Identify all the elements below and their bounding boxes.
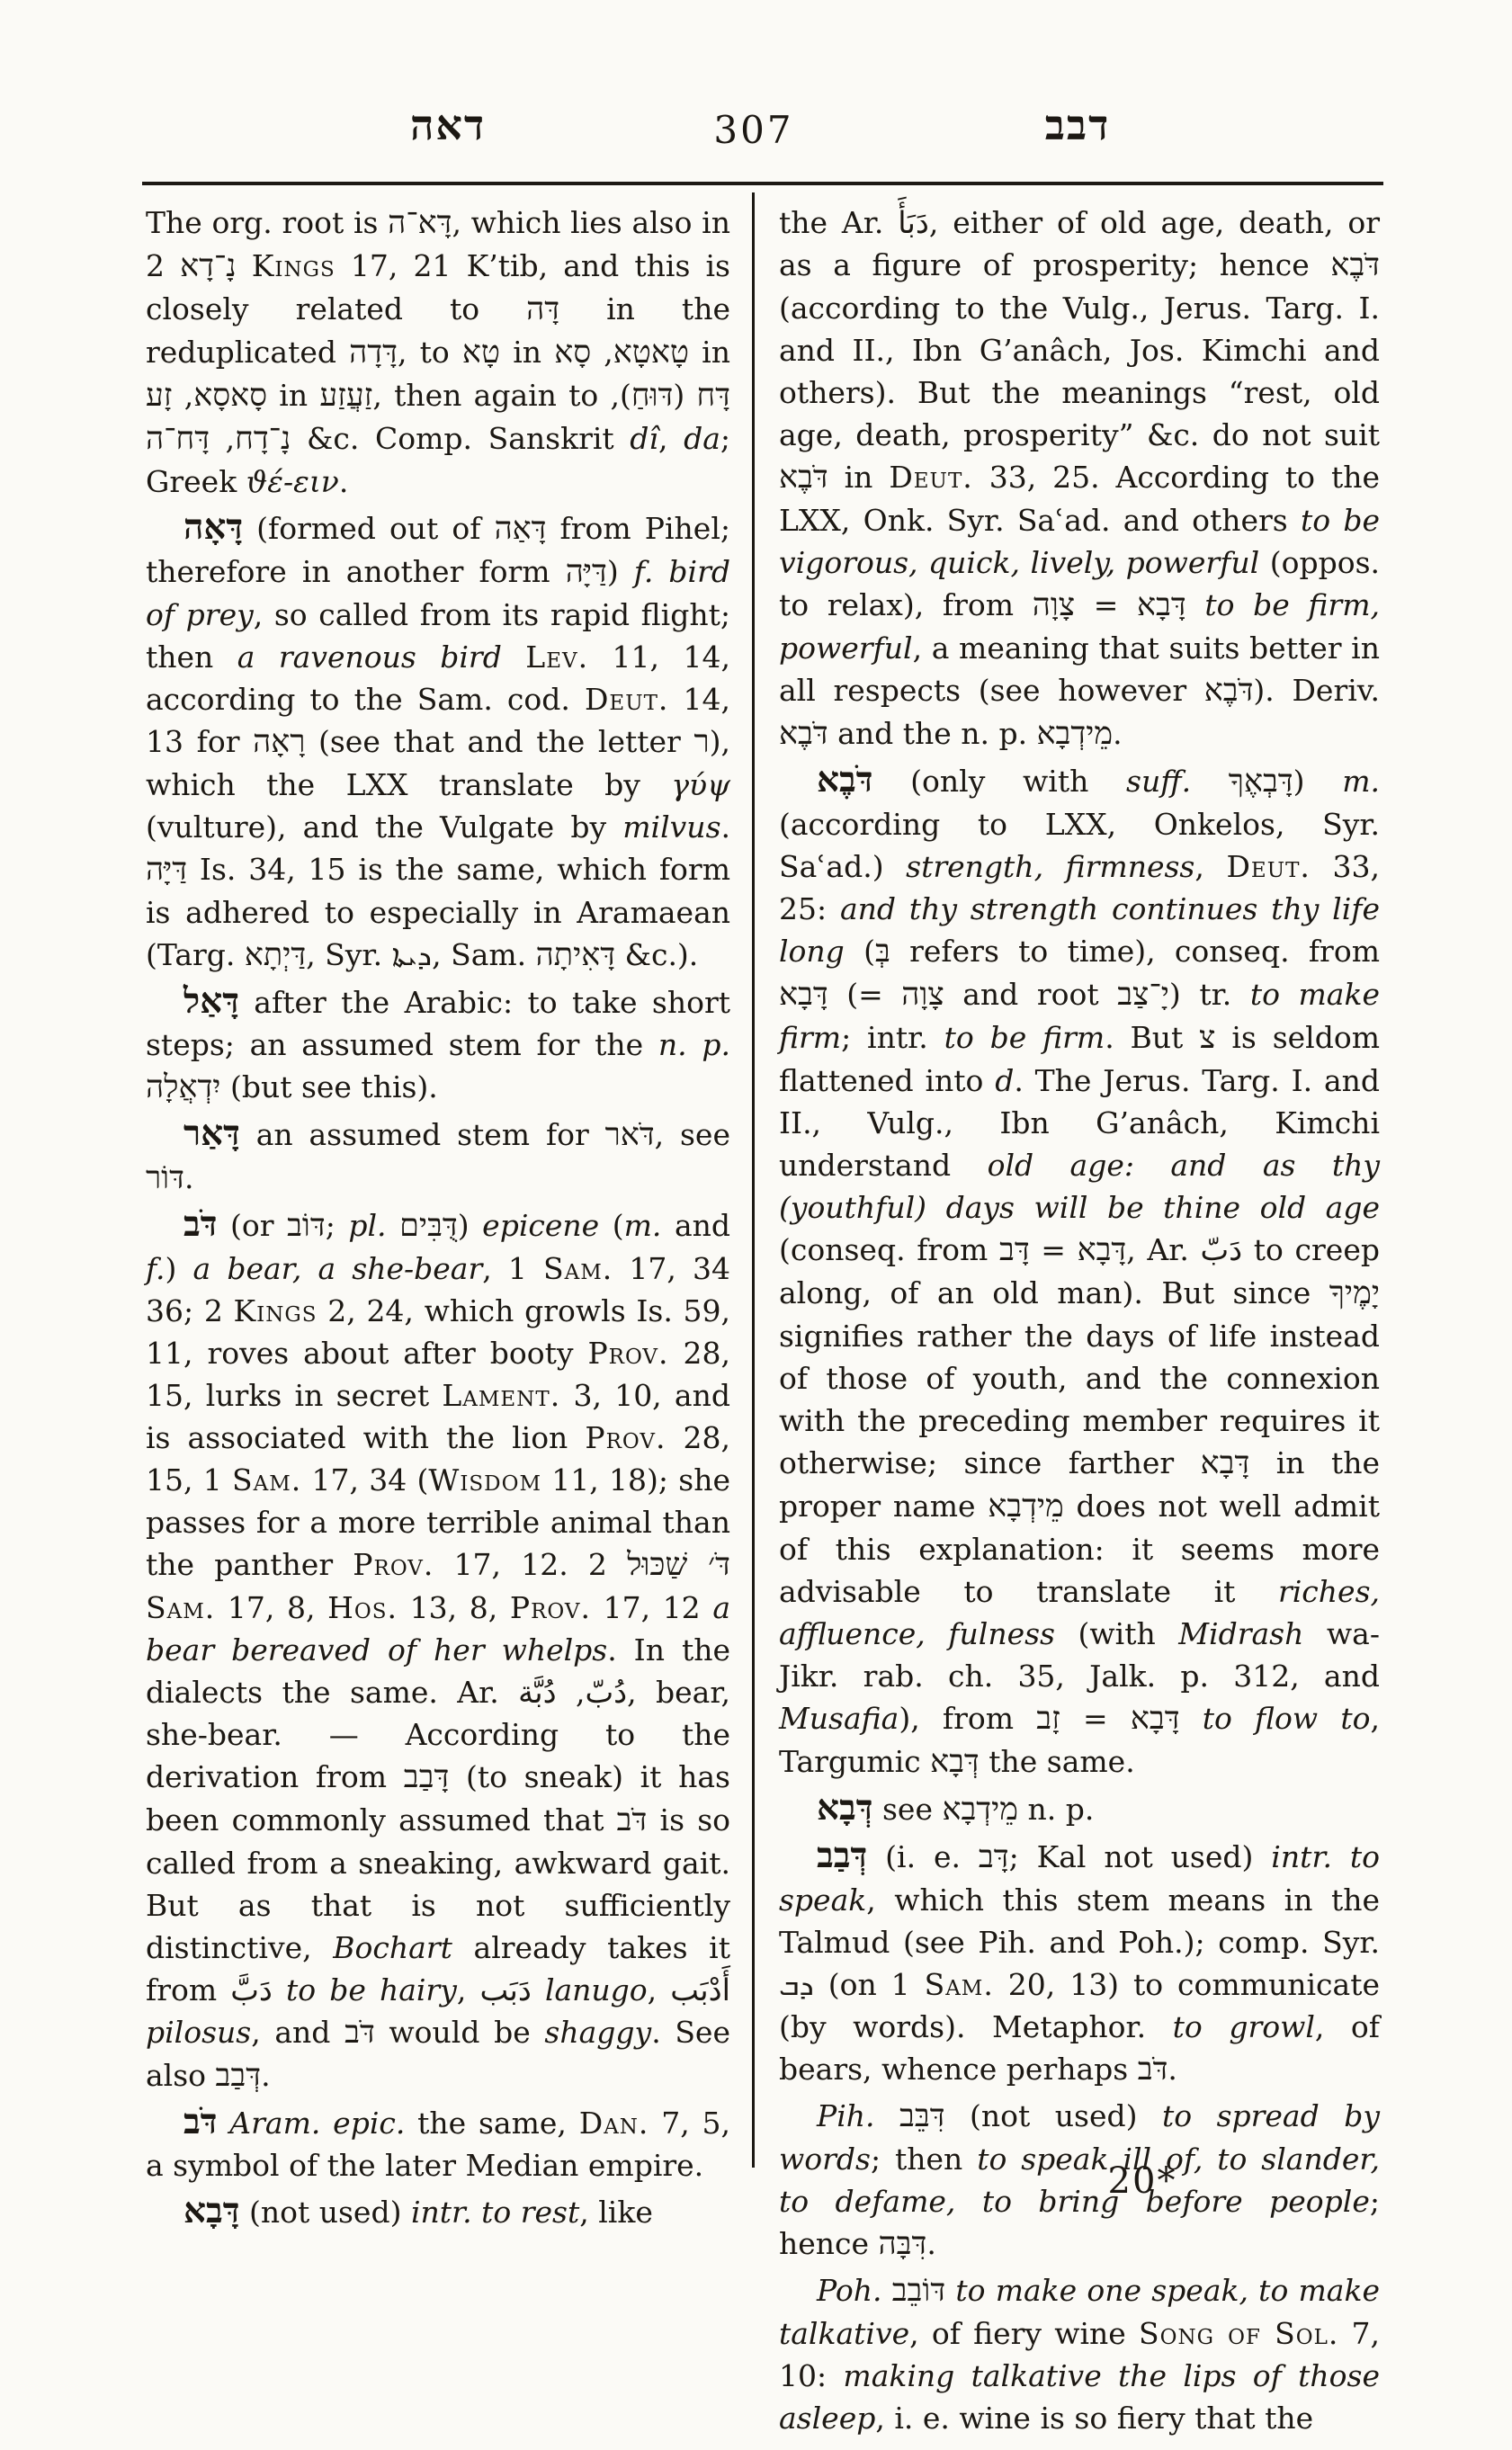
text-run: דָּבָא [1201, 1445, 1250, 1481]
entry-daar: דָּאַר an assumed stem for דֹּאר, see דּ… [146, 1113, 730, 1200]
text-run: Hos. [327, 1590, 398, 1625]
text-run: 17, 34 ( [301, 1462, 428, 1498]
text-run: דִּבֵּב [899, 2098, 945, 2134]
text-run: (conseq. from [779, 1232, 999, 1267]
text-run: נָ־דָח [235, 421, 291, 457]
text-run: דּוּחַ [631, 378, 673, 414]
text-run: , Syr. [306, 937, 391, 972]
text-run: دَبّ [1200, 1232, 1242, 1267]
text-run: pl. [348, 1208, 386, 1243]
text-run [273, 1972, 286, 2007]
text-run: Deut. [585, 682, 668, 717]
text-run: lanugo [545, 1972, 648, 2007]
text-run: , like [579, 2195, 653, 2230]
text-run: to be hairy [286, 1972, 457, 2007]
text-run: m. [1342, 764, 1380, 799]
text-run: . [1113, 716, 1123, 751]
text-run: , [591, 335, 613, 370]
text-run: Sam. [232, 1462, 301, 1498]
text-run: דֹּב [617, 1802, 648, 1838]
entry-dove-strength: דֹּבֶא (only with suff. דָּבְאֶךָ) m. (a… [779, 759, 1380, 1784]
text-run: דֹּב [344, 2015, 375, 2051]
text-run: ܕܝܬܐ [392, 937, 433, 972]
text-run: , Ar. [1126, 1232, 1200, 1267]
running-head-right-keyword: דבב [979, 101, 1176, 149]
text-run: refers to time), conseq. from [890, 934, 1380, 969]
text-run: da [684, 421, 720, 456]
text-run: Deut. [889, 460, 972, 495]
text-run: dî [630, 421, 658, 456]
text-run: m. [624, 1208, 662, 1243]
text-run: דֹּבֶא [1204, 673, 1254, 709]
text-run: דָּאַה [495, 511, 547, 547]
text-run: (on 1 [814, 1967, 925, 2002]
text-run: (not used) [945, 2098, 1162, 2133]
text-run: , see [655, 1117, 730, 1152]
text-run: Musafia [779, 1701, 899, 1736]
text-run [1180, 1701, 1203, 1736]
text-run: דָּבָא [1137, 587, 1186, 623]
text-run: in [689, 335, 730, 370]
text-run: דָּבָא [1131, 1701, 1180, 1737]
text-run: to flow to [1203, 1701, 1371, 1736]
text-run: pilosus [146, 2015, 251, 2050]
text-run: דָּבְאֶךָ [1229, 764, 1293, 800]
text-run: , of fiery wine [909, 2316, 1139, 2351]
pohel-paragraph: Poh. דּוֹבֵב to make one speak, to make … [779, 2269, 1380, 2439]
text-run: , 1 [482, 1251, 543, 1286]
text-run: (vulture), and the Vulgate by [146, 809, 622, 845]
text-run: a ravenous bird [237, 639, 502, 675]
book-page: דאה 307 דבב The org. root is דָּא־ה, whi… [0, 0, 1512, 2450]
text-run: ( [599, 1208, 623, 1243]
text-run: דָּב [979, 1839, 1009, 1875]
text-run: d [995, 1063, 1014, 1098]
text-run: דּוֹב [287, 1208, 326, 1244]
text-run: . [926, 2226, 936, 2261]
text-run: Kings [252, 248, 336, 283]
signature-mark: 20* [1034, 2160, 1250, 2202]
text-run: the same, [405, 2106, 578, 2141]
text-run: Kings [234, 1293, 318, 1328]
text-run [502, 639, 525, 675]
text-run: Bochart [333, 1930, 452, 1965]
text-run: ) tr. [1169, 977, 1250, 1012]
text-run: מֵידְבָא [1037, 716, 1114, 752]
text-run: (not used) [239, 2195, 410, 2230]
text-run: , [557, 1675, 586, 1710]
text-run: , [1194, 849, 1226, 884]
entry-headword: דְּבָא [817, 1787, 872, 1829]
text-run: , i. e. wine is so fiery that the [875, 2401, 1313, 2436]
text-run: זַעֲזַע [319, 378, 372, 414]
text-run: 17, 12. [434, 1547, 588, 1582]
text-run: (formed out of [243, 511, 494, 546]
text-run: צָוָה [901, 977, 944, 1013]
entry-dava-start: דָּבָא (not used) intr. to rest, like [146, 2190, 730, 2233]
text-run: Pih. [817, 2098, 875, 2133]
text-run: רָאָה [253, 724, 305, 760]
text-run: 17, 12 [591, 1590, 712, 1625]
text-run: , which this stem means in the Talmud (s… [779, 1882, 1380, 1960]
text-run: (only with [872, 764, 1126, 799]
text-run: צָוָה [1033, 587, 1075, 623]
text-run: n. p. [1018, 1792, 1094, 1827]
text-run: צ [1199, 1020, 1215, 1056]
text-run: מֵידְבָא [988, 1489, 1064, 1525]
text-run: דָּבָא [1078, 1232, 1127, 1268]
text-run [875, 2098, 899, 2133]
text-run: أَدْبَب [670, 1972, 730, 2007]
text-run: an assumed stem for [240, 1117, 605, 1152]
text-run: דֻּבִּים [399, 1208, 458, 1244]
text-run: ( [845, 934, 875, 969]
text-run: and the n. p. [828, 716, 1037, 751]
text-run: = [1060, 1701, 1131, 1736]
text-run: מֵידְבָא [942, 1792, 1018, 1828]
text-run: ; [326, 1208, 349, 1243]
text-run: דְּבָא [930, 1744, 980, 1780]
text-run: (with [1055, 1616, 1178, 1651]
text-run [217, 2106, 229, 2141]
text-run: דּוֹבֵב [892, 2273, 945, 2309]
entry-headword: דָּבָא [183, 2190, 239, 2231]
page-number: 307 [664, 108, 844, 152]
text-run: strength, firmness [906, 849, 1194, 884]
text-run: Poh. [817, 2273, 881, 2308]
text-run: , [173, 378, 194, 413]
entry-daah-noun: דָּאָה (formed out of דָּאַה from Pihel;… [146, 506, 730, 977]
text-run: Sam. [146, 1590, 215, 1625]
text-run: the same. [980, 1744, 1135, 1779]
text-run [1186, 587, 1205, 622]
text-run: in [500, 335, 554, 370]
text-run: בְּ [875, 934, 890, 970]
text-run [881, 2273, 891, 2308]
text-run: Lament. [442, 1378, 560, 1413]
text-run: , [457, 1972, 480, 2007]
entry-headword: דֹּבֶא [817, 759, 872, 800]
text-run: טָאטָא [613, 335, 689, 371]
text-run: in [267, 378, 319, 413]
text-run: . But [1105, 1020, 1199, 1055]
text-run: دَبَأَ [898, 205, 929, 240]
right-column: the Ar. دَبَأَ, either of old age, death… [779, 201, 1380, 2439]
entry-daal: דָּאַל after the Arabic: to take short s… [146, 980, 730, 1109]
text-run: f. [146, 1251, 166, 1286]
entry-devav: דְּבַב (i. e. דָּב; Kal not used) intr. … [779, 1835, 1380, 2091]
text-run: דֹּ׳ שַׁכּוּל [627, 1547, 730, 1583]
header-rule [142, 182, 1383, 185]
text-run: 13, 8, [398, 1590, 510, 1625]
text-run: דָּח־ה [146, 421, 210, 457]
text-run: ܕܒ [779, 1967, 814, 2002]
text-run: Song of Sol. [1139, 2316, 1338, 2351]
text-run [1191, 764, 1229, 799]
text-run: γύψ [671, 767, 730, 802]
text-run: ) [1293, 764, 1343, 799]
text-run: shaggy [544, 2015, 651, 2050]
entry-headword: דֹּב [183, 1203, 217, 1245]
text-run: and root [944, 977, 1118, 1012]
text-run: دُبّ [585, 1675, 627, 1710]
text-run: דִּבָּה [879, 2226, 927, 2262]
text-run: Wisdom [428, 1462, 541, 1498]
text-run: &c. Comp. Sanskrit [291, 421, 630, 456]
text-run: , which lies also in [452, 205, 730, 240]
text-run: to growl [1173, 2009, 1315, 2044]
entry-headword: דֹּב [183, 2101, 217, 2142]
text-run: in [828, 460, 890, 495]
text-run: Deut. [1226, 849, 1310, 884]
text-run: Midrash [1178, 1616, 1303, 1651]
text-run: ), from [899, 1701, 1036, 1736]
text-run: דֹּבֶא [1330, 247, 1380, 283]
text-run: ; then [871, 2142, 977, 2177]
text-run: , [648, 1972, 671, 2007]
text-run: . [261, 2058, 271, 2093]
text-run: ). Deriv. [1253, 673, 1380, 708]
text-run: דְּבַב [216, 2058, 262, 2094]
text-run: the Ar. [779, 205, 898, 240]
text-run: milvus [622, 809, 720, 845]
text-run: נָ־דָא [180, 248, 237, 284]
text-run: Prov. [510, 1590, 591, 1625]
text-run: דֹּב [1138, 2052, 1168, 2088]
entry-headword: דָּאַל [183, 980, 239, 1022]
entry-deva-see: דְּבָא see מֵידְבָא n. p. [779, 1787, 1380, 1831]
running-head-left-keyword: דאה [349, 101, 547, 149]
text-run: suff. [1126, 764, 1191, 799]
text-run: דַּיָּה [566, 554, 607, 590]
text-run: would be [375, 2015, 545, 2050]
text-run: דֹּאר [605, 1117, 655, 1153]
text-run: 17, 8, [215, 1590, 327, 1625]
text-run: דָּבַב [404, 1759, 450, 1795]
text-run: &c.). [615, 937, 698, 972]
text-run: ר [693, 724, 709, 760]
text-run: דָּאִיתָה [536, 937, 615, 973]
continuation-dava: the Ar. دَبَأَ, either of old age, death… [779, 201, 1380, 756]
text-run: Aram. epic. [229, 2106, 405, 2141]
text-run: Lev. [525, 639, 588, 675]
text-run: , [658, 421, 684, 456]
text-run [387, 1208, 400, 1243]
text-run: . [721, 809, 731, 845]
text-run: סָאסָא [193, 378, 267, 414]
text-run: دُبَّة [518, 1675, 556, 1710]
text-run: (= [828, 977, 902, 1012]
text-run [532, 1972, 545, 2007]
text-run: יִדְאֲלָה [146, 1069, 220, 1105]
text-run: and [661, 1208, 730, 1243]
text-run: Prov. [587, 1336, 668, 1371]
text-run: , then again to [372, 378, 610, 413]
text-run: ), [611, 378, 631, 413]
text-run: . [184, 1160, 194, 1195]
text-run: The org. root is [146, 205, 388, 240]
text-run: دَبَّ [230, 1972, 273, 2007]
text-run: see [872, 1792, 942, 1827]
text-run: = [1075, 587, 1137, 622]
entry-headword: דְּבַב [817, 1835, 867, 1876]
entry-dob-aram: דֹּב Aram. epic. the same, Dan. 7, 5, a … [146, 2101, 730, 2186]
text-run: טָא [462, 335, 500, 371]
text-run: Prov. [353, 1547, 434, 1582]
text-run: דּוֹר [146, 1160, 184, 1196]
text-run: ) [607, 554, 634, 589]
column-divider-rule [752, 192, 755, 2168]
text-run: Prov. [585, 1420, 666, 1455]
text-run: דֹּבֶא [779, 460, 828, 496]
text-run: (according to the Vulg., Jerus. Targ. I.… [779, 291, 1380, 452]
text-run: זָב [1036, 1701, 1060, 1737]
text-run: דָּב [999, 1232, 1030, 1268]
entry-headword: דָּאַר [183, 1113, 240, 1154]
text-run: סָא [554, 335, 591, 371]
continuation-daah-root: The org. root is דָּא־ה, which lies also… [146, 201, 730, 503]
left-column: The org. root is דָּא־ה, which lies also… [146, 201, 730, 2233]
text-run: זָע [146, 378, 173, 414]
text-run: , and [251, 2015, 344, 2050]
text-run: epicene [482, 1208, 599, 1243]
text-run: , to [398, 335, 462, 370]
text-run: Sam. [925, 1967, 994, 2002]
text-run: a bear, a she-bear [193, 1251, 483, 1286]
text-run: 2 [588, 1547, 627, 1582]
text-run [945, 2273, 955, 2308]
text-run: Sam. [543, 1251, 613, 1286]
text-run: ; Kal not used) [1009, 1839, 1272, 1874]
text-run: , [210, 421, 235, 456]
text-run: , Sam. [432, 937, 536, 972]
entry-dob-bear: דֹּב (or דּוֹב; pl. דֻּבִּים) epicene (m… [146, 1203, 730, 2097]
text-run: (but see this). [220, 1069, 437, 1104]
text-run: = [1030, 1232, 1078, 1267]
text-run: ; intr. [841, 1020, 944, 1055]
text-run: דָּה [526, 291, 559, 327]
text-run: . [1168, 2052, 1177, 2087]
text-run: ) [458, 1208, 482, 1243]
text-run: דַּיְתָא [245, 937, 306, 973]
text-run: to be firm [944, 1020, 1105, 1055]
text-run: דַּיָּה [146, 852, 187, 888]
entry-headword: דָּאָה [183, 506, 243, 548]
text-run: Dan. [579, 2106, 649, 2141]
running-head: דאה 307 דבב [0, 101, 1512, 173]
text-run: (i. e. [867, 1839, 979, 1874]
text-run: (or [217, 1208, 287, 1243]
text-run: דָּבָא [779, 977, 828, 1013]
text-run: . [339, 464, 349, 499]
text-run: יָ־צַב [1117, 977, 1169, 1013]
text-run: n. p. [658, 1027, 730, 1062]
text-run: דֹּבֶא [779, 716, 828, 752]
text-run: ) [166, 1251, 193, 1286]
text-run: ( [673, 378, 696, 413]
text-run: intr. to rest [411, 2195, 579, 2230]
text-run: דָּח [696, 378, 730, 414]
text-run: (see that and the letter [305, 724, 693, 759]
text-run: דָּא־ה [388, 205, 452, 241]
text-run: יָמֶיךָ [1329, 1275, 1380, 1311]
text-run: דָּדָה [349, 335, 398, 371]
text-run: دَبَب [479, 1972, 531, 2007]
text-run: ϑέ-ειν [246, 464, 339, 499]
